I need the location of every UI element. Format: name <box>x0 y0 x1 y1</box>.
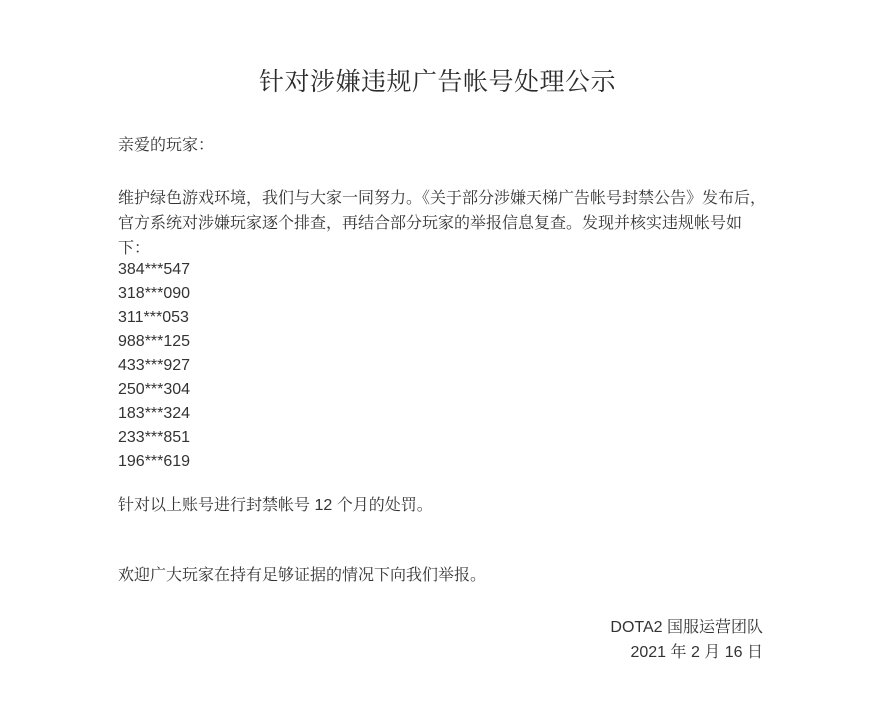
account-id: 988***125 <box>118 330 190 354</box>
page-title: 针对涉嫌违规广告帐号处理公示 <box>0 62 875 98</box>
account-id: 384***547 <box>118 258 190 282</box>
report-invitation-line: 欢迎广大玩家在持有足够证据的情况下向我们举报。 <box>118 566 486 585</box>
punishment-line: 针对以上账号进行封禁帐号 12 个月的处罚。 <box>118 496 433 515</box>
account-id: 311***053 <box>118 306 190 330</box>
account-id: 318***090 <box>118 282 190 306</box>
intro-line: 维护绿色游戏环境，我们与大家一同努力。《关于部分涉嫌天梯广告帐号封禁公告》发布后… <box>118 186 768 211</box>
account-list: 384***547 318***090 311***053 988***125 … <box>118 258 190 474</box>
signature-date: 2021 年 2 月 16 日 <box>610 640 763 665</box>
announcement-page: 针对涉嫌违规广告帐号处理公示 亲爱的玩家： 维护绿色游戏环境，我们与大家一同努力… <box>0 0 875 705</box>
account-id: 250***304 <box>118 378 190 402</box>
account-id: 233***851 <box>118 426 190 450</box>
account-id: 183***324 <box>118 402 190 426</box>
account-id: 196***619 <box>118 450 190 474</box>
greeting-line: 亲爱的玩家： <box>118 136 214 155</box>
account-id: 433***927 <box>118 354 190 378</box>
signature-block: DOTA2 国服运营团队 2021 年 2 月 16 日 <box>610 615 763 665</box>
intro-paragraph: 维护绿色游戏环境，我们与大家一同努力。《关于部分涉嫌天梯广告帐号封禁公告》发布后… <box>118 186 768 261</box>
intro-line: 官方系统对涉嫌玩家逐个排查，再结合部分玩家的举报信息复查。发现并核实违规帐号如下… <box>118 211 768 261</box>
signature-team: DOTA2 国服运营团队 <box>610 615 763 640</box>
